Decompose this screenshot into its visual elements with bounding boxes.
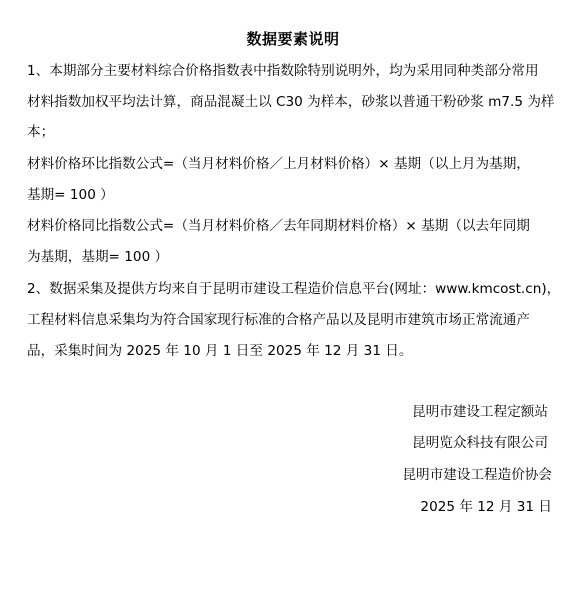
formula-yoy-line-1: 材料价格同比指数公式=（当月材料价格／去年同期材料价格）× 基期（以去年同期 bbox=[27, 216, 530, 236]
signature-org-quota-station: 昆明市建设工程定额站 bbox=[412, 402, 548, 422]
formula-mom-line-2: 基期= 100 ） bbox=[27, 185, 114, 205]
section-1-line-2: 材料指数加权平均法计算，商品混凝土以 C30 为样本，砂浆以普通干粉砂浆 m7.… bbox=[27, 92, 555, 112]
section-1-line-1: 1、本期部分主要材料综合价格指数表中指数除特别说明外，均为采用同种类部分常用 bbox=[27, 61, 539, 81]
section-1-line-3: 本； bbox=[27, 122, 54, 142]
section-2-line-2: 工程材料信息采集均为符合国家现行标准的合格产品以及昆明市建筑市场正常流通产 bbox=[27, 310, 530, 330]
signature-org-cost-association: 昆明市建设工程造价协会 bbox=[402, 465, 552, 485]
signature-org-lanzhong-tech: 昆明览众科技有限公司 bbox=[412, 433, 548, 453]
formula-yoy-line-2: 为基期，基期= 100 ） bbox=[27, 247, 168, 267]
formula-mom-line-1: 材料价格环比指数公式=（当月材料价格／上月材料价格）× 基期（以上月为基期， bbox=[27, 154, 530, 174]
section-2-line-3: 品，采集时间为 2025 年 10 月 1 日至 2025 年 12 月 31 … bbox=[27, 341, 413, 361]
signature-date: 2025 年 12 月 31 日 bbox=[420, 497, 552, 517]
section-2-line-1: 2、数据采集及提供方均来自于昆明市建设工程造价信息平台(网址：www.kmcos… bbox=[27, 279, 560, 299]
document-title: 数据要素说明 bbox=[0, 28, 586, 49]
